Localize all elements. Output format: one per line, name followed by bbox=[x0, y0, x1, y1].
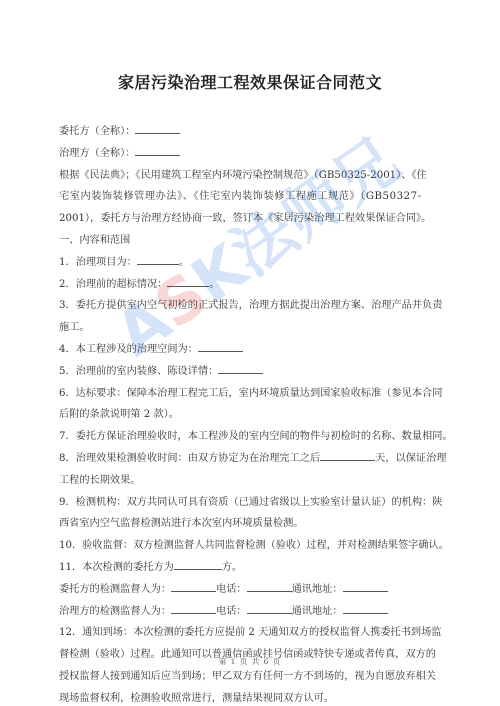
client-supervisor-line: 委托方的检测监督人为：电话：通讯地址： bbox=[59, 579, 445, 601]
item-9-line-1: 9．检测机构：双方共同认可具有资质（已通过省级以上实验室计量认证）的机构：陕 bbox=[59, 492, 445, 514]
item-5: 5．治理前的室内装修、陈设详情： bbox=[59, 361, 445, 383]
preamble-line-3: 2001），委托方与治理方经协商一致，签订本《家居污染治理工程效果保证合同》。 bbox=[59, 208, 445, 230]
client-phone-label: 电话： bbox=[216, 584, 247, 595]
item-7: 7．委托方保证治理验收时，本工程涉及的室内空间的物件与初检时的名称、数量相同。 bbox=[59, 426, 445, 448]
item-4-text: 4．本工程涉及的治理空间为： bbox=[59, 344, 198, 355]
item-4-blank bbox=[198, 339, 243, 352]
item-2: 2．治理前的超标情况：。 bbox=[59, 274, 445, 296]
client-address-blank bbox=[343, 579, 388, 592]
item-6-line-1: 6．达标要求：保障本治理工程完工后，室内环境质量达到国家验收标准（参见本合同 bbox=[59, 383, 445, 405]
contractor-supervisor-blank bbox=[171, 601, 216, 614]
client-line: 委托方（全称）： bbox=[59, 121, 445, 143]
contractor-name-blank bbox=[135, 143, 180, 156]
item-11-suffix: 方。 bbox=[222, 562, 242, 573]
item-11: 11．本次检测的委托方为方。 bbox=[59, 557, 445, 579]
item-12-line-3: 授权监督人接到通知后应当到场；甲乙双方有任何一方不到场的，视为自愿放弃相关 bbox=[59, 666, 445, 688]
item-1-suffix: 。 bbox=[179, 257, 189, 268]
item-3-line-1: 3．委托方提供室内空气初检的正式报告，治理方据此提出治理方案、治理产品并负责 bbox=[59, 295, 445, 317]
item-6-line-2: 后附的条款说明第 2 款）。 bbox=[59, 404, 445, 426]
item-5-text: 5．治理前的室内装修、陈设详情： bbox=[59, 366, 218, 377]
client-label: 委托方（全称）： bbox=[59, 126, 135, 137]
contractor-line: 治理方（全称）： bbox=[59, 143, 445, 165]
contractor-supervisor-line: 治理方的检测监督人为：电话：通讯地址： bbox=[59, 601, 445, 623]
contractor-address-blank bbox=[343, 601, 388, 614]
client-name-blank bbox=[135, 121, 180, 134]
preamble-line-2: 宅室内装饰装修管理办法》、《住宅室内装饰装修工程施工规范》（GB50327- bbox=[59, 186, 445, 208]
document-title: 家居污染治理工程效果保证合同范文 bbox=[0, 70, 500, 93]
item-2-text: 2．治理前的超标情况： bbox=[59, 279, 167, 290]
client-address-label: 通讯地址： bbox=[292, 584, 343, 595]
item-1: 1．治理项目为：。 bbox=[59, 252, 445, 274]
item-8-line-2: 工程的长期效果。 bbox=[59, 470, 445, 492]
item-11-text: 11．本次检测的委托方为 bbox=[59, 562, 174, 573]
client-supervisor-blank bbox=[171, 579, 216, 592]
section-heading-1: 一、内容和范围 bbox=[59, 230, 445, 252]
item-2-blank bbox=[167, 274, 209, 287]
item-1-text: 1．治理项目为： bbox=[59, 257, 137, 268]
item-10: 10．验收监督：双方检测监督人共同监督检测（验收）过程，并对检测结果签字确认。 bbox=[59, 535, 445, 557]
contractor-label: 治理方（全称）： bbox=[59, 148, 135, 159]
item-4: 4．本工程涉及的治理空间为： bbox=[59, 339, 445, 361]
client-supervisor-label: 委托方的检测监督人为： bbox=[59, 584, 171, 595]
client-phone-blank bbox=[247, 579, 292, 592]
item-9-line-2: 西省室内空气监督检测站进行本次室内环境质量检测。 bbox=[59, 513, 445, 535]
preamble-line-1: 根据《民法典》；《民用建筑工程室内环境污染控制规范》（GB50325-2001）… bbox=[59, 165, 445, 187]
item-3-line-2: 施工。 bbox=[59, 317, 445, 339]
contractor-supervisor-label: 治理方的检测监督人为： bbox=[59, 606, 171, 617]
contractor-address-label: 通讯地址： bbox=[292, 606, 343, 617]
item-2-suffix: 。 bbox=[209, 279, 219, 290]
item-12-line-1: 12．通知到场：本次检测的委托方应提前 2 天通知双方的授权监督人携委托书到场监 bbox=[59, 622, 445, 644]
page-indicator: 第 1 页 共 6 页 bbox=[0, 656, 500, 667]
item-8-text: 8．治理效果检测验收时间：由双方协定为在治理完工之后 bbox=[59, 453, 320, 464]
contractor-phone-label: 电话： bbox=[216, 606, 247, 617]
item-8-suffix: 天，以保证治理 bbox=[375, 453, 446, 464]
item-1-blank bbox=[137, 252, 179, 265]
item-12-line-4: 现场监督权利，检测验收照常进行，测量结果视同双方认可。 bbox=[59, 688, 445, 706]
item-8-blank bbox=[320, 448, 375, 461]
document-body: 委托方（全称）： 治理方（全称）： 根据《民法典》；《民用建筑工程室内环境污染控… bbox=[59, 121, 445, 706]
item-8-line-1: 8．治理效果检测验收时间：由双方协定为在治理完工之后天，以保证治理 bbox=[59, 448, 445, 470]
document-page: 家居污染治理工程效果保证合同范文 委托方（全称）： 治理方（全称）： 根据《民法… bbox=[0, 0, 500, 706]
item-11-blank bbox=[174, 557, 222, 570]
item-5-blank bbox=[218, 361, 263, 374]
contractor-phone-blank bbox=[247, 601, 292, 614]
